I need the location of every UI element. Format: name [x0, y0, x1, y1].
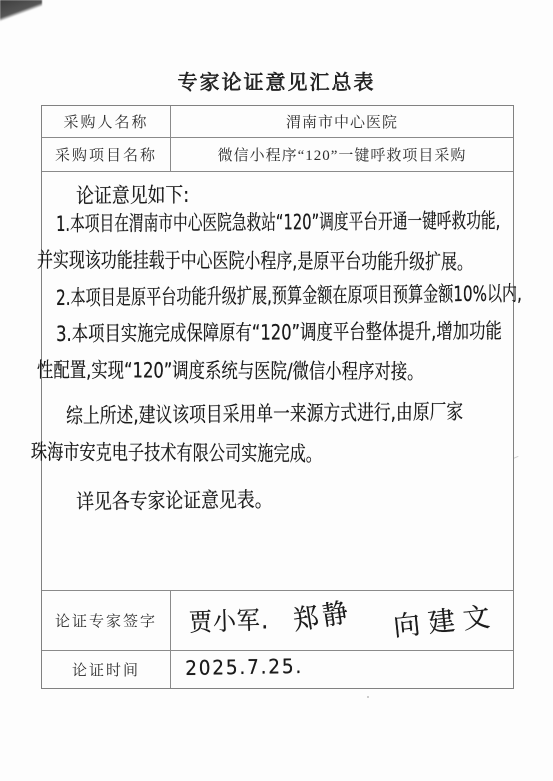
scan-dot-artifact — [367, 696, 369, 698]
scanned-document-page: 专家论证意见汇总表 采购人名称 渭南市中心医院 采购项目名称 微信小程序“120… — [0, 0, 553, 781]
opinion-line: 珠海市安克电子技术有限公司实施完成。 — [31, 436, 322, 468]
expert-signature-label: 论证专家签字 — [42, 591, 171, 650]
table-row-purchaser: 采购人名称 渭南市中心医院 — [42, 106, 513, 138]
expert-signatures: 贾小军.郑静向建文 — [171, 591, 513, 650]
demonstration-time-label: 论证时间 — [42, 651, 171, 688]
expert-signature: 向建文 — [391, 594, 500, 644]
table-row-opinion: 论证意见如下:1.本项目在渭南市中心医院急救站“120”调度平台开通一键呼救功能… — [42, 172, 513, 591]
opinion-line: 1.本项目在渭南市中心医院急救站“120”调度平台开通一键呼救功能, — [56, 205, 500, 238]
project-name-label: 采购项目名称 — [42, 138, 171, 171]
opinion-line: 论证意见如下: — [76, 179, 189, 210]
opinion-text: 论证意见如下:1.本项目在渭南市中心医院急救站“120”调度平台开通一键呼救功能… — [42, 172, 513, 590]
opinion-line: 3.本项目实施完成保障原有“120”调度平台整体提升,增加功能 — [56, 315, 502, 348]
opinion-line: 性配置,实现“120”调度系统与医院/微信小程序对接。 — [37, 354, 424, 386]
opinion-line: 综上所述,建议该项目采用单一来源方式进行,由原厂家 — [66, 396, 463, 430]
expert-signature: 郑静 — [290, 590, 354, 638]
page-title: 专家论证意见汇总表 — [0, 66, 553, 95]
opinion-line: 并实现该功能挂载于中心医院小程序,是原平台功能升级扩展。 — [37, 244, 473, 276]
project-name-value: 微信小程序“120”一键呼救项目采购 — [171, 138, 513, 171]
opinion-line: 详见各专家论证意见表。 — [76, 484, 273, 516]
table-row-signatures: 论证专家签字 贾小军.郑静向建文 — [42, 591, 513, 651]
opinion-line: 2.本项目是原平台功能升级扩展,预算金额在原项目预算金额10%以内, — [56, 277, 522, 312]
purchaser-name-label: 采购人名称 — [42, 106, 171, 137]
table-row-time: 论证时间 2025.7.25. — [42, 651, 513, 688]
table-row-project: 采购项目名称 微信小程序“120”一键呼救项目采购 — [42, 138, 513, 172]
summary-table: 采购人名称 渭南市中心医院 采购项目名称 微信小程序“120”一键呼救项目采购 … — [41, 105, 514, 689]
expert-signature: 贾小军. — [188, 600, 269, 639]
demonstration-time-value: 2025.7.25. — [185, 654, 303, 680]
purchaser-name-value: 渭南市中心医院 — [171, 106, 513, 137]
scan-corner-artifact — [0, 0, 42, 22]
